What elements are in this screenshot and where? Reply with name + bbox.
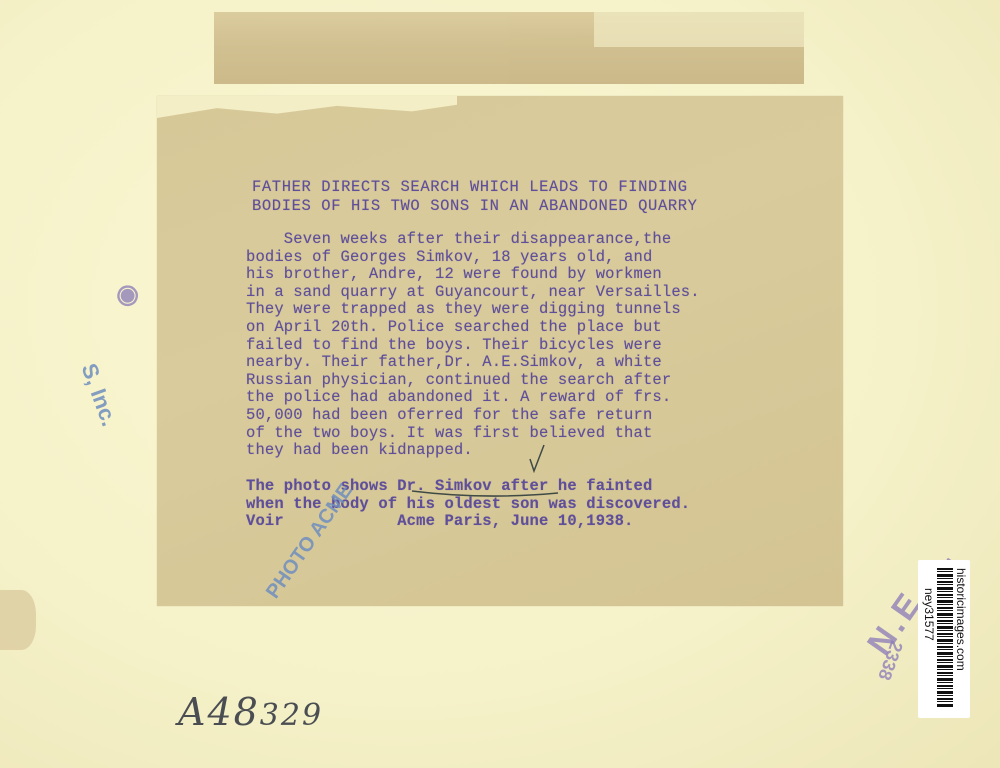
body-line: on April 20th. Police searched the place…: [246, 318, 662, 336]
archive-number-main: A48: [178, 690, 260, 734]
barcode-icon: [937, 568, 953, 708]
headline-line-1: FATHER DIRECTS SEARCH WHICH LEADS TO FIN…: [252, 178, 688, 196]
article-body: Seven weeks after their disappearance,th…: [246, 231, 700, 460]
headline: FATHER DIRECTS SEARCH WHICH LEADS TO FIN…: [252, 178, 698, 216]
body-line: 50,000 had been oferred for the safe ret…: [246, 406, 652, 424]
checkmark-icon: [528, 443, 546, 473]
body-line: the police had abandoned it. A reward of…: [246, 388, 671, 406]
stamp-smudge: ◉: [112, 282, 146, 310]
body-line: they had been kidnapped.: [246, 441, 473, 459]
body-line: nearby. Their father,Dr. A.E.Simkov, a w…: [246, 353, 662, 371]
headline-line-2: BODIES OF HIS TWO SONS IN AN ABANDONED Q…: [252, 197, 698, 215]
handwritten-archive-number: A48329: [178, 690, 323, 734]
stamp-inc: S, Inc.: [76, 360, 123, 430]
body-line: failed to find the boys. Their bicycles …: [246, 336, 662, 354]
paper-stain-top: [214, 12, 804, 84]
body-line: of the two boys. It was first believed t…: [246, 424, 652, 442]
label-id: ney31577: [922, 588, 936, 641]
barcode-label: historicimages.com ney31577: [918, 560, 970, 718]
pencil-underline: [410, 488, 560, 498]
body-line: his brother, Andre, 12 were found by wor…: [246, 265, 662, 283]
body-line: in a sand quarry at Guyancourt, near Ver…: [246, 283, 700, 301]
body-line: bodies of Georges Simkov, 18 years old, …: [246, 248, 652, 266]
label-site: historicimages.com: [954, 568, 968, 671]
barcode-label-content: historicimages.com ney31577: [918, 560, 970, 718]
body-line: Russian physician, continued the search …: [246, 371, 671, 389]
body-line: Seven weeks after their disappearance,th…: [246, 230, 671, 248]
paper-stain-left: [0, 590, 36, 650]
archive-number-suffix: 329: [260, 698, 323, 733]
body-line: They were trapped as they were digging t…: [246, 300, 681, 318]
